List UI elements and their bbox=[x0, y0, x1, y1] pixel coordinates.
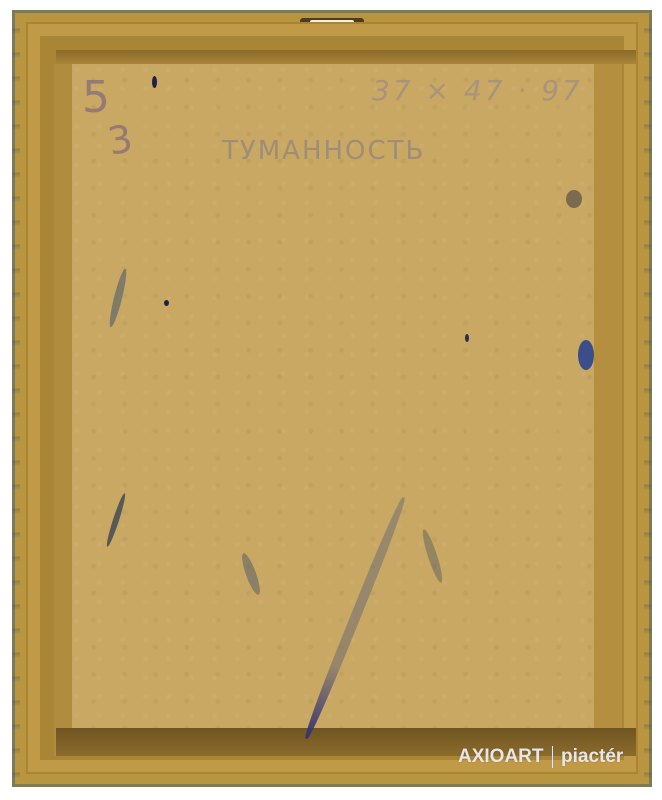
paint-dot bbox=[152, 76, 157, 88]
inscription-title: ТУМАННОСТЬ bbox=[222, 136, 425, 166]
inscription-dimensions: 37 × 47 · 97 bbox=[372, 74, 583, 107]
watermark-subtitle: piactér bbox=[561, 746, 623, 768]
paint-dot bbox=[465, 334, 469, 342]
paint-blob-blue bbox=[578, 340, 594, 370]
paint-dot bbox=[164, 300, 169, 306]
watermark: AXIOART piactér bbox=[458, 746, 623, 768]
watermark-separator bbox=[552, 746, 554, 768]
paint-smear bbox=[566, 190, 582, 208]
watermark-brand: AXIOART bbox=[458, 746, 544, 768]
inscription-number-5: 5 bbox=[82, 72, 110, 123]
